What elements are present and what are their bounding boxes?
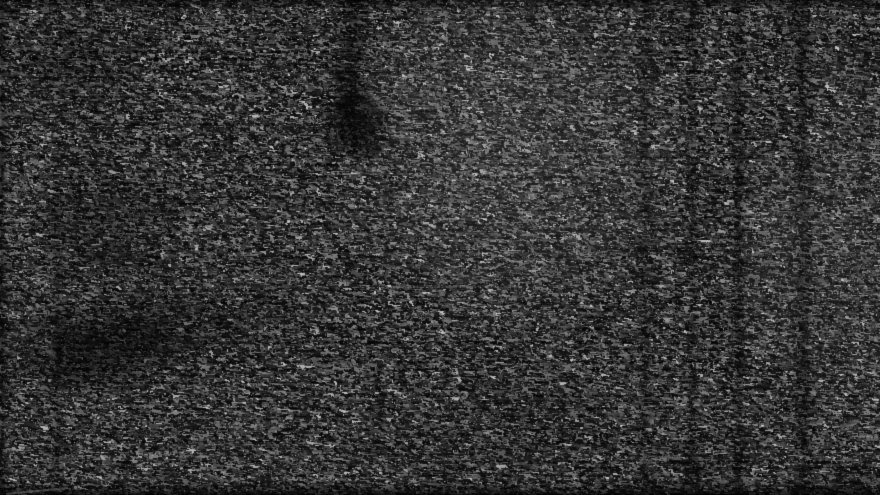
scanned-page-image [0, 0, 880, 495]
noise-grain-canvas [0, 0, 880, 495]
